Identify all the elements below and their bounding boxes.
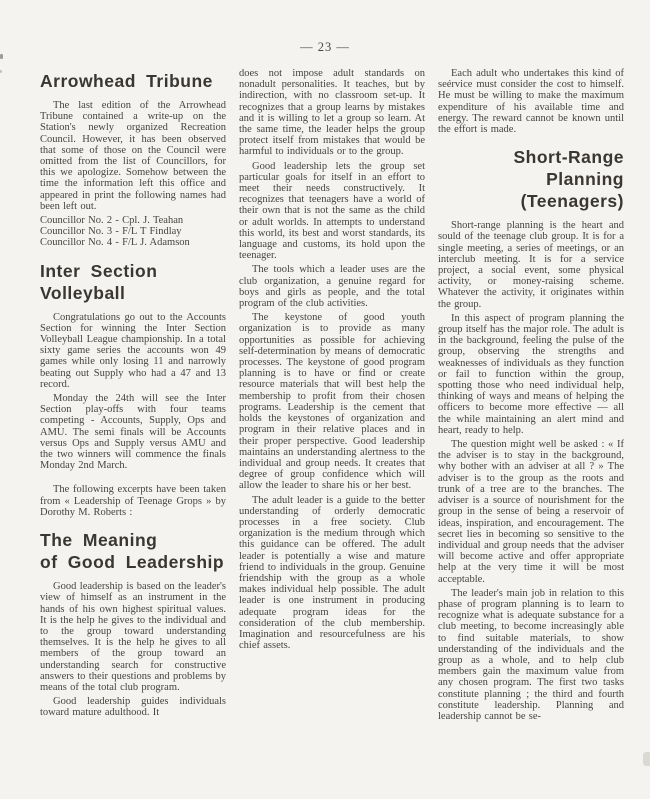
paragraph: The question might well be asked : « If …	[438, 439, 624, 585]
paragraph: Good leadership guides individuals towar…	[40, 696, 226, 718]
article-heading-arrowhead-tribune: Arrowhead Tribune	[40, 70, 226, 92]
councillor-list: Councillor No. 2 - Cpl. J. Teahan Counci…	[40, 215, 226, 249]
heading-line: Inter Section	[40, 260, 226, 282]
heading-line: (Teenagers)	[438, 190, 624, 212]
article-heading-meaning-of-good-leadership: The Meaning of Good Leadership	[40, 529, 226, 573]
paragraph: The leader's main job in relation to thi…	[438, 588, 624, 722]
paragraph: The tools which a leader uses are the cl…	[239, 264, 425, 309]
paragraph: does not impose adult standards on nonad…	[239, 68, 425, 158]
scan-artifact	[643, 752, 650, 766]
paragraph: Good leadership lets the group set parti…	[239, 161, 425, 262]
heading-line: Volleyball	[40, 282, 226, 304]
column-left: Arrowhead Tribune The last edition of th…	[40, 68, 226, 722]
paragraph: Each adult who undertakes this kind of s…	[438, 68, 624, 135]
paragraph: The adult leader is a guide to the bette…	[239, 495, 425, 652]
heading-line: The Meaning	[40, 529, 226, 551]
scan-artifact	[0, 70, 2, 73]
councillor-line: Councillor No. 4 - F/L J. Adamson	[40, 237, 226, 248]
heading-line: of Good Leadership	[40, 551, 226, 573]
article-heading-inter-section-volleyball: Inter Section Volleyball	[40, 260, 226, 304]
page-columns: Arrowhead Tribune The last edition of th…	[0, 55, 650, 725]
paragraph: Monday the 24th will see the Inter Secti…	[40, 393, 226, 471]
paragraph: Congratulations go out to the Accounts S…	[40, 312, 226, 390]
page-number: — 23 —	[0, 0, 650, 55]
paragraph: The last edition of the Arrowhead Tribun…	[40, 100, 226, 212]
scanned-page: — 23 — Arrowhead Tribune The last editio…	[0, 0, 650, 799]
article-heading-short-range-planning: Short-Range Planning (Teenagers)	[438, 146, 624, 212]
councillor-line: Councillor No. 2 - Cpl. J. Teahan	[40, 215, 226, 226]
column-middle: does not impose adult standards on nonad…	[239, 68, 425, 654]
paragraph: In this aspect of program planning the g…	[438, 313, 624, 436]
councillor-line: Councillor No. 3 - F/L T Findlay	[40, 226, 226, 237]
heading-line: Short-Range Planning	[438, 146, 624, 190]
paragraph: The keystone of good youth organization …	[239, 312, 425, 491]
paragraph: The following excerpts have been taken f…	[40, 484, 226, 518]
scan-artifact	[0, 54, 3, 59]
column-right: Each adult who undertakes this kind of s…	[438, 68, 624, 725]
paragraph: Good leadership is based on the leader's…	[40, 581, 226, 693]
paragraph: Short-range planning is the heart and so…	[438, 220, 624, 310]
